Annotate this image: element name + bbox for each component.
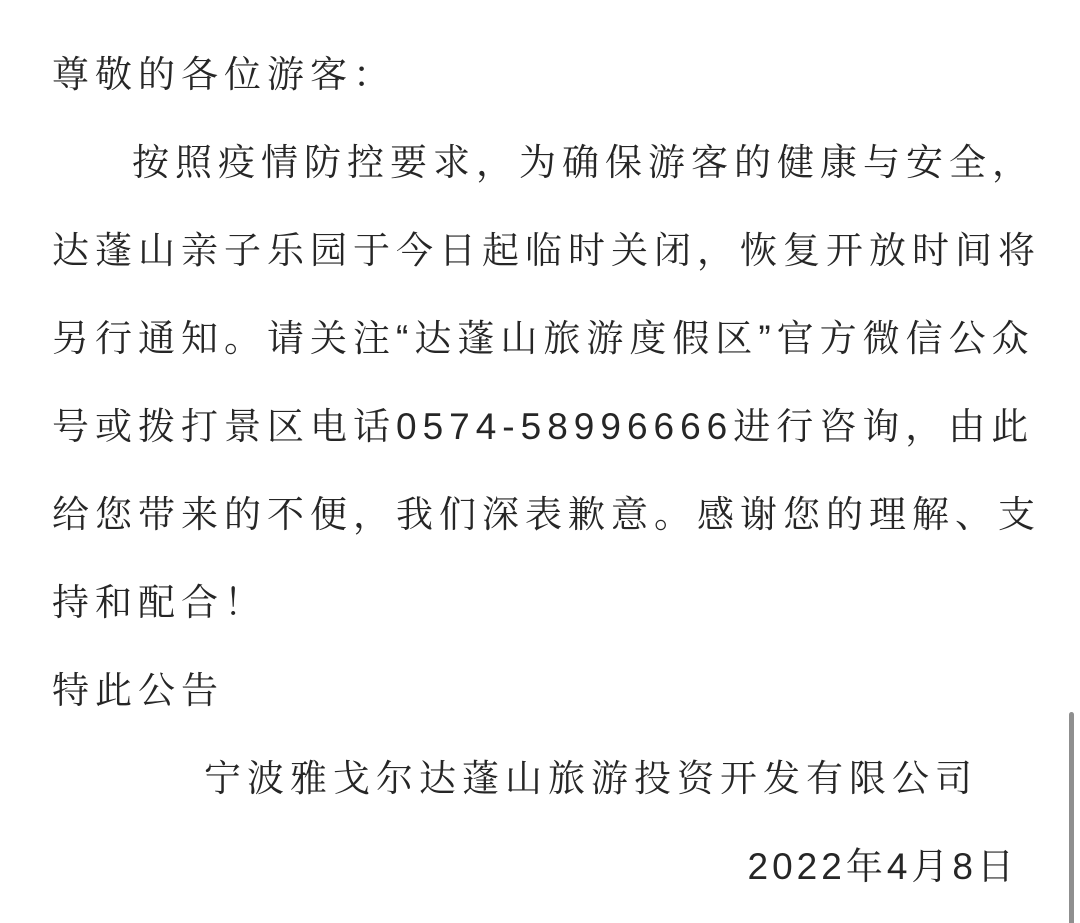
date-line: 2022年4月8日 xyxy=(52,823,1018,911)
scrollbar-thumb[interactable] xyxy=(1069,712,1074,923)
body-line: 持和配合！ xyxy=(52,559,1018,647)
body-line: 给您带来的不便，我们深表歉意。感谢您的理解、支 xyxy=(52,471,1018,559)
body-line: 号或拨打景区电话0574-58996666进行咨询，由此 xyxy=(52,383,1018,471)
body-line: 达蓬山亲子乐园于今日起临时关闭，恢复开放时间将 xyxy=(52,207,1018,295)
body-line: 按照疫情防控要求，为确保游客的健康与安全， xyxy=(52,119,1018,207)
body-line: 另行通知。请关注“达蓬山旅游度假区”官方微信公众 xyxy=(52,295,1018,383)
signature-line: 宁波雅戈尔达蓬山旅游投资开发有限公司 xyxy=(52,735,1018,823)
closing-line: 特此公告 xyxy=(52,647,1018,735)
salutation-line: 尊敬的各位游客： xyxy=(52,31,1018,119)
notice-document: 尊敬的各位游客： 按照疫情防控要求，为确保游客的健康与安全， 达蓬山亲子乐园于今… xyxy=(52,31,1018,911)
